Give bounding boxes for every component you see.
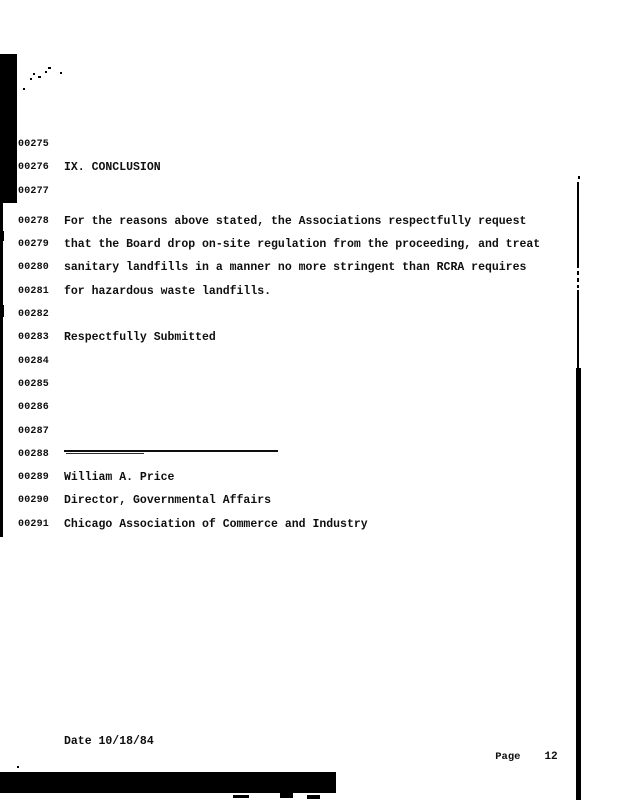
footer-page: Page12 [470,739,558,775]
line-number: 00281 [18,286,49,297]
footer-page-label: Page [495,751,520,763]
document-line: 00282 [0,307,618,330]
pencil-speck [45,71,47,73]
line-number: 00286 [18,402,49,413]
document-line: 00289William A. Price [0,470,618,493]
line-number: 00290 [18,495,49,506]
pencil-speck [17,766,19,768]
line-text: IX. CONCLUSION [64,161,161,174]
document-line: 00288 [0,447,618,470]
document-line: 00284 [0,354,618,377]
line-number: 00277 [18,186,49,197]
footer-date: Date 10/18/84 [64,735,154,748]
document-line: 00283Respectfully Submitted [0,330,618,353]
scan-artifact-bottom-mark [307,795,320,799]
document-line: 00276IX. CONCLUSION [0,160,618,183]
line-number: 00285 [18,379,49,390]
line-text: Respectfully Submitted [64,331,216,344]
pencil-speck [60,72,62,74]
line-text: that the Board drop on-site regulation f… [64,238,540,251]
footer-page-number: 12 [544,751,557,763]
line-number: 00284 [18,356,49,367]
line-number: 00278 [18,216,49,227]
document-line: 00286 [0,400,618,423]
document-line: 00279that the Board drop on-site regulat… [0,237,618,260]
line-text: Director, Governmental Affairs [64,494,271,507]
line-number: 00279 [18,239,49,250]
document-line: 00280sanitary landfills in a manner no m… [0,260,618,283]
document-line: 00291Chicago Association of Commerce and… [0,517,618,540]
line-text: For the reasons above stated, the Associ… [64,215,526,228]
pencil-speck [38,76,41,78]
document-line: 00290Director, Governmental Affairs [0,493,618,516]
line-text: sanitary landfills in a manner no more s… [64,261,526,274]
pencil-speck [48,67,51,69]
line-number: 00282 [18,309,49,320]
pencil-speck [33,73,35,75]
line-text: William A. Price [64,471,174,484]
signature-line [64,450,278,452]
line-number: 00275 [18,139,49,150]
pencil-speck [23,88,25,90]
line-number: 00280 [18,262,49,273]
document-line: 00278For the reasons above stated, the A… [0,214,618,237]
line-number: 00289 [18,472,49,483]
document-line: 00277 [0,184,618,207]
line-number: 00276 [18,162,49,173]
line-number: 00283 [18,332,49,343]
document-line: 00287 [0,424,618,447]
document-line: 00281for hazardous waste landfills. [0,284,618,307]
document-line: 00285 [0,377,618,400]
pencil-speck [30,78,32,80]
scan-artifact-bottom-mark [233,795,249,798]
line-text: for hazardous waste landfills. [64,285,271,298]
line-number: 00291 [18,519,49,530]
scan-artifact-bottom-bar [0,772,336,793]
scanned-document-page: 0027500276IX. CONCLUSION0027700278For th… [0,0,618,800]
line-text: Chicago Association of Commerce and Indu… [64,518,368,531]
scan-artifact-bottom-mark [280,793,293,798]
line-number: 00288 [18,449,49,460]
document-lines: 0027500276IX. CONCLUSION0027700278For th… [0,137,618,540]
document-line: 00275 [0,137,618,160]
line-number: 00287 [18,426,49,437]
